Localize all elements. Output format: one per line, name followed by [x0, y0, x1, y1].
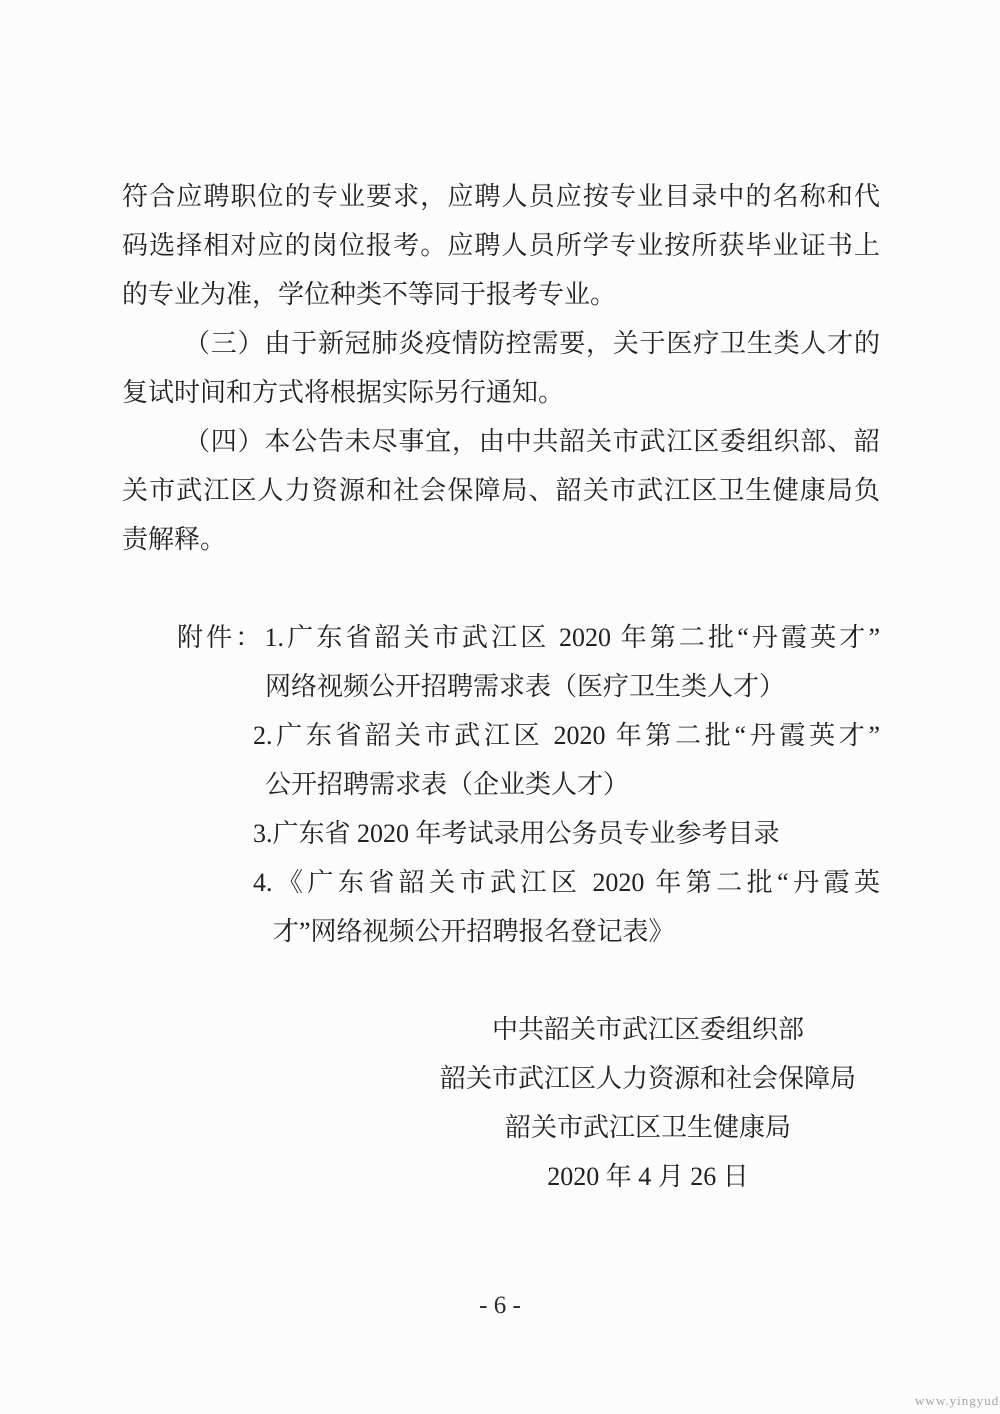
body-line: 码选择相对应的岗位报考。应聘人员所学专业按所获毕业证书上 — [122, 221, 880, 270]
page-number: - 6 - — [0, 1292, 1000, 1320]
signature-org-1: 中共韶关市武江区委组织部 — [420, 1005, 876, 1054]
signature-org-2: 韶关市武江区人力资源和社会保障局 — [420, 1054, 876, 1103]
attachment-item-line: 网络视频公开招聘需求表（医疗卫生类人才） — [122, 662, 880, 711]
watermark: www.yingyude — [915, 1393, 1000, 1409]
body-line: 责解释。 — [122, 515, 880, 564]
document-content: 符合应聘职位的专业要求，应聘人员应按专业目录中的名称和代 码选择相对应的岗位报考… — [122, 172, 880, 1201]
signature-org-3: 韶关市武江区卫生健康局 — [420, 1103, 876, 1152]
attachment-item-line: 2.广东省韶关市武江区 2020 年第二批“丹霞英才” — [122, 711, 880, 760]
signature-block: 中共韶关市武江区委组织部 韶关市武江区人力资源和社会保障局 韶关市武江区卫生健康… — [420, 1005, 876, 1201]
signature-date: 2020 年 4 月 26 日 — [420, 1152, 876, 1201]
attachment-item-line: 公开招聘需求表（企业类人才） — [122, 760, 880, 809]
attachment-item-line: 才”网络视频公开招聘报名登记表》 — [122, 907, 880, 956]
body-line: （四）本公告未尽事宜，由中共韶关市武江区委组织部、韶 — [122, 417, 880, 466]
body-line: 关市武江区人力资源和社会保障局、韶关市武江区卫生健康局负 — [122, 466, 880, 515]
spacer — [122, 956, 880, 1005]
attachments-label: 附件： — [177, 623, 264, 652]
body-line: 符合应聘职位的专业要求，应聘人员应按专业目录中的名称和代 — [122, 172, 880, 221]
body-line: （三）由于新冠肺炎疫情防控需要，关于医疗卫生类人才的 — [122, 319, 880, 368]
attachment-item-line: 3.广东省 2020 年考试录用公务员专业参考目录 — [122, 809, 880, 858]
body-line: 复试时间和方式将根据实际另行通知。 — [122, 368, 880, 417]
document-page: 符合应聘职位的专业要求，应聘人员应按专业目录中的名称和代 码选择相对应的岗位报考… — [0, 0, 1000, 1414]
attachment-item-text: 1.广东省韶关市武江区 2020 年第二批“丹霞英才” — [264, 623, 880, 652]
attachment-item-line: 4.《广东省韶关市武江区 2020 年第二批“丹霞英 — [122, 858, 880, 907]
body-line: 的专业为准，学位种类不等同于报考专业。 — [122, 270, 880, 319]
attachment-item-line: 附件：1.广东省韶关市武江区 2020 年第二批“丹霞英才” — [122, 613, 880, 662]
spacer — [122, 564, 880, 613]
